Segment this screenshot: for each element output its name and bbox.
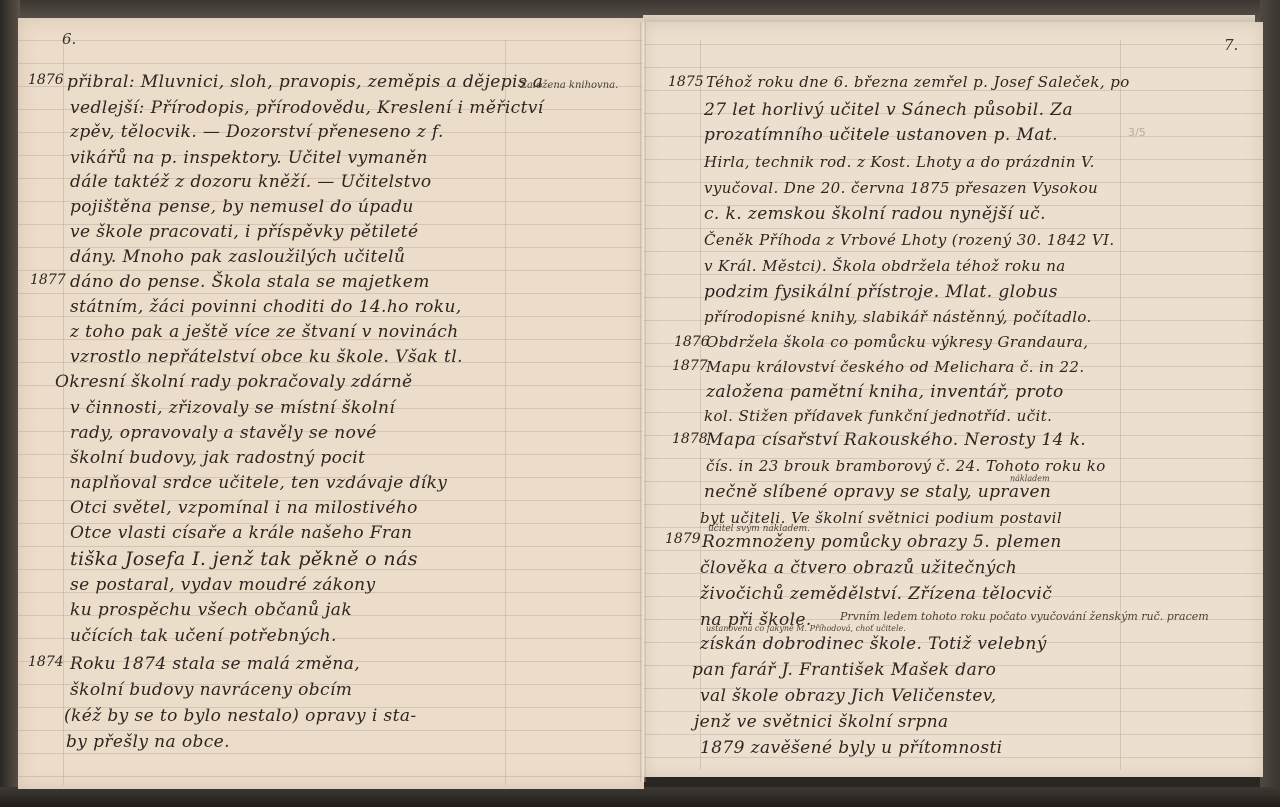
year-label: 1877 (672, 358, 708, 374)
manuscript-line: Téhož roku dne 6. března zemřel p. Josef… (706, 72, 1130, 92)
left-page-number: 6. (62, 30, 76, 48)
right-inner-rule (1120, 40, 1121, 770)
book-cover-left (0, 0, 20, 807)
manuscript-line: založena pamětní kniha, inventář, proto (706, 382, 1064, 402)
year-label: 1874 (28, 654, 64, 670)
manuscript-line: vikářů na p. inspektory. Učitel vymaněn (70, 148, 428, 168)
manuscript-line: z toho pak a ještě více ze štvaní v novi… (70, 322, 459, 342)
manuscript-line: Mapu království českého od Melichara č. … (706, 357, 1085, 377)
year-label: 1879 (665, 531, 701, 547)
manuscript-line: tiška Josefa I. jenž tak pěkně o nás (70, 549, 418, 569)
manuscript-line: školní budovy, jak radostný pocit (70, 448, 365, 468)
year-label: 1876 (674, 334, 710, 350)
book-cover-right (1260, 0, 1280, 807)
manuscript-line: rady, opravovaly a stavěly se nové (70, 423, 377, 443)
manuscript-line: v činnosti, zřizovaly se místní školní (70, 398, 395, 418)
manuscript-line: pojištěna pense, by nemusel do úpadu (70, 197, 414, 217)
manuscript-line: Okresní školní rady pokračovaly zdárně (55, 372, 413, 392)
manuscript-line: se postaral, vydav moudré zákony (70, 575, 376, 595)
manuscript-line: čís. in 23 brouk bramborový č. 24. Tohot… (706, 456, 1106, 476)
manuscript-line: školní budovy navráceny obcím (70, 680, 352, 700)
manuscript-line: prozatímního učitele ustanoven p. Mat. (704, 125, 1058, 145)
manuscript-line: zpěv, tělocvik. — Dozorství přeneseno z … (70, 122, 444, 142)
manuscript-line: dány. Mnoho pak zasloužilých učitelů (70, 247, 405, 267)
manuscript-line: (kéž by se to bylo nestalo) opravy i sta… (64, 706, 417, 726)
right-page-number: 7. (1224, 36, 1238, 54)
year-label: 1878 (672, 431, 708, 447)
manuscript-line: státním, žáci povinni choditi do 14.ho r… (70, 297, 462, 317)
manuscript-line: kol. Stižen přídavek funkční jednotříd. … (704, 406, 1052, 426)
pencil-mark: 3/5 (1128, 126, 1146, 139)
book-cover-bottom (0, 787, 1280, 807)
manuscript-line: val škole obrazy Jich Veličenstev, (700, 686, 997, 706)
interlinear-note: nákladem (1010, 474, 1050, 483)
manuscript-line: člověka a čtverо obrazů užitečných (700, 558, 1017, 578)
manuscript-line: ve škole pracovati, i příspěvky pětileté (70, 222, 418, 242)
left-inner-rule (505, 40, 506, 785)
manuscript-line: Mapa císařství Rakouského. Nerosty 14 k. (706, 430, 1086, 450)
manuscript-line: Obdržela škola co pomůcku výkresy Granda… (706, 332, 1088, 352)
manuscript-line: pan farář J. František Mašek daro (692, 660, 996, 680)
manuscript-line: vzrostlo nepřátelství obce ku škole. Vša… (70, 347, 463, 367)
manuscript-line: 1879 zavěšené byly u přítomnosti (700, 738, 1003, 758)
manuscript-line: c. k. zemskou školní radou nynější uč. (704, 204, 1046, 224)
manuscript-line: dáno do pense. Škola stala se majetkem (70, 272, 430, 292)
manuscript-line: Otce vlasti císaře a krále našeho Fran (70, 523, 412, 543)
interlinear-note: Prvním ledem tohoto roku počato vyučován… (840, 610, 1209, 623)
manuscript-line: Roku 1874 stala se malá změna, (70, 654, 360, 674)
manuscript-line: učících tak učení potřebných. (70, 626, 337, 646)
manuscript-line: přibral: Mluvnici, sloh, pravopis, zeměp… (67, 72, 543, 92)
manuscript-line: Rozmnoženy pomůcky obrazy 5. plemen (702, 532, 1062, 552)
manuscript-line: vedlejší: Přírodopis, přírodovědu, Kresl… (70, 98, 544, 118)
manuscript-line: vyučoval. Dne 20. června 1875 přesazen V… (704, 178, 1098, 198)
manuscript-line: podzim fysikální přístroje. Mlat. globus (704, 282, 1058, 302)
manuscript-line: naplňoval srdce učitele, ten vzdávaje dí… (70, 473, 447, 493)
year-label: 1875 (668, 74, 704, 90)
manuscript-line: 27 let horlivý učitel v Sánech působil. … (704, 100, 1073, 120)
manuscript-line: nečně slíbené opravy se staly, upraven (704, 482, 1051, 502)
manuscript-line: by přešly na obce. (66, 732, 230, 752)
manuscript-line: dále taktéž z dozoru kněží. — Učitelstvo (70, 172, 432, 192)
book-spine (640, 22, 646, 782)
manuscript-line: jenž ve světnici školní srpna (694, 712, 949, 732)
year-label: 1877 (30, 272, 66, 288)
manuscript-line: získán dobrodinec škole. Totiž velebný (700, 634, 1047, 654)
manuscript-line: v Král. Městci). Škola obdržela téhož ro… (704, 256, 1066, 276)
manuscript-line: živočichů zemědělství. Zřízena tělocvič (700, 584, 1052, 604)
manuscript-line: Hirla, technik rod. z Kost. Lhoty a do p… (704, 152, 1095, 172)
year-label: 1876 (28, 72, 64, 88)
interlinear-note: ustanovena co fakyně M. Příhodová, choť … (706, 624, 906, 633)
manuscript-line: Otci světel, vzpomínal i na milostivého (70, 498, 418, 518)
manuscript-line: přírodopisné knihy, slabikář nástěnný, p… (704, 307, 1092, 327)
manuscript-line: Čeněk Příhoda z Vrbové Lhoty (rozený 30.… (704, 230, 1115, 250)
manuscript-line: ku prospěchu všech občanů jak (70, 600, 352, 620)
left-margin-rule (63, 40, 64, 785)
